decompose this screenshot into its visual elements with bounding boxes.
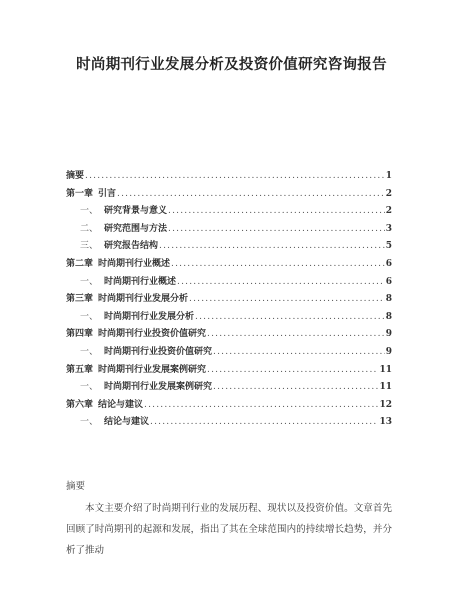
toc-entry-label: 摘要	[66, 168, 84, 186]
abstract-body: 本文主要介绍了时尚期刊行业的发展历程、现状以及投资价值。文章首先回顾了时尚期刊的…	[66, 498, 392, 561]
toc-entry-label: 结论与建议	[98, 397, 143, 415]
toc-entry[interactable]: 一、研究背景与意义2	[66, 203, 392, 221]
toc-entry[interactable]: 一、时尚期刊行业投资价值研究9	[66, 344, 392, 362]
toc-dot-leader	[213, 379, 378, 397]
toc-entry-number: 第六章	[66, 397, 93, 415]
toc-entry-number: 一、	[80, 379, 104, 397]
toc-entry-page: 11	[379, 362, 392, 380]
toc-entry[interactable]: 第五章时尚期刊行业发展案例研究11	[66, 362, 392, 380]
toc-dot-leader	[207, 362, 378, 380]
toc-entry-page: 8	[386, 291, 392, 309]
toc-entry-label: 引言	[98, 186, 116, 204]
toc-entry-number: 一、	[80, 203, 104, 221]
toc-entry-page: 6	[386, 256, 392, 274]
toc-entry-label: 时尚期刊行业概述	[98, 256, 170, 274]
toc-entry-label: 时尚期刊行业概述	[104, 274, 176, 292]
toc-entry-label: 研究背景与意义	[104, 203, 167, 221]
toc-entry-label: 时尚期刊行业投资价值研究	[104, 344, 212, 362]
toc-entry[interactable]: 一、时尚期刊行业发展案例研究11	[66, 379, 392, 397]
toc-entry[interactable]: 第二章时尚期刊行业概述6	[66, 256, 392, 274]
toc-entry-page: 1	[386, 168, 392, 186]
toc-entry-page: 2	[386, 203, 392, 221]
toc-entry-number: 第一章	[66, 186, 93, 204]
toc-dot-leader	[117, 186, 385, 204]
toc-dot-leader	[207, 326, 385, 344]
toc-entry[interactable]: 第三章时尚期刊行业发展分析8	[66, 291, 392, 309]
toc-dot-leader	[213, 344, 385, 362]
abstract-heading: 摘要	[66, 478, 85, 492]
toc-entry-number: 一、	[80, 414, 104, 432]
toc-entry-page: 13	[379, 414, 392, 432]
toc-entry-number: 一、	[80, 274, 104, 292]
toc-entry-number: 第五章	[66, 362, 93, 380]
toc-dot-leader	[171, 256, 385, 274]
toc-entry-page: 8	[386, 309, 392, 327]
toc-entry[interactable]: 一、结论与建议13	[66, 414, 392, 432]
toc-entry-label: 结论与建议	[104, 414, 149, 432]
toc-dot-leader	[150, 414, 378, 432]
toc-entry-number: 第四章	[66, 326, 93, 344]
toc-entry-number: 第二章	[66, 256, 93, 274]
toc-dot-leader	[195, 309, 385, 327]
toc-entry[interactable]: 第四章时尚期刊行业投资价值研究9	[66, 326, 392, 344]
toc-entry-number: 三、	[80, 238, 104, 256]
toc-dot-leader	[144, 397, 378, 415]
toc-dot-leader	[168, 203, 385, 221]
toc-entry-label: 时尚期刊行业投资价值研究	[98, 326, 206, 344]
toc-entry-label: 研究范围与方法	[104, 221, 167, 239]
toc-dot-leader	[168, 221, 385, 239]
toc-entry-page: 3	[386, 221, 392, 239]
toc-dot-leader	[177, 274, 385, 292]
toc-entry-number: 一、	[80, 309, 104, 327]
toc-entry[interactable]: 三、研究报告结构5	[66, 238, 392, 256]
toc-entry-label: 时尚期刊行业发展分析	[104, 309, 194, 327]
toc-entry-page: 12	[379, 397, 392, 415]
toc-entry-page: 9	[386, 326, 392, 344]
table-of-contents: 摘要1第一章引言2一、研究背景与意义2二、研究范围与方法3三、研究报告结构5第二…	[66, 168, 392, 432]
toc-entry[interactable]: 一、时尚期刊行业概述6	[66, 274, 392, 292]
toc-dot-leader	[189, 291, 385, 309]
toc-entry-page: 9	[386, 344, 392, 362]
toc-entry-number: 第三章	[66, 291, 93, 309]
toc-dot-leader	[159, 238, 385, 256]
toc-entry[interactable]: 摘要1	[66, 168, 392, 186]
toc-entry-number: 一、	[80, 344, 104, 362]
toc-entry-label: 时尚期刊行业发展案例研究	[104, 379, 212, 397]
toc-entry-label: 研究报告结构	[104, 238, 158, 256]
toc-entry[interactable]: 第一章引言2	[66, 186, 392, 204]
toc-entry[interactable]: 第六章结论与建议12	[66, 397, 392, 415]
toc-entry-page: 5	[386, 238, 392, 256]
toc-entry-page: 6	[386, 274, 392, 292]
toc-entry-page: 2	[386, 186, 392, 204]
document-title: 时尚期刊行业发展分析及投资价值研究咨询报告	[0, 53, 463, 74]
toc-entry-label: 时尚期刊行业发展分析	[98, 291, 188, 309]
toc-entry-page: 11	[379, 379, 392, 397]
toc-entry[interactable]: 一、时尚期刊行业发展分析8	[66, 309, 392, 327]
toc-entry-number: 二、	[80, 221, 104, 239]
toc-entry[interactable]: 二、研究范围与方法3	[66, 221, 392, 239]
toc-dot-leader	[85, 168, 385, 186]
toc-entry-label: 时尚期刊行业发展案例研究	[98, 362, 206, 380]
